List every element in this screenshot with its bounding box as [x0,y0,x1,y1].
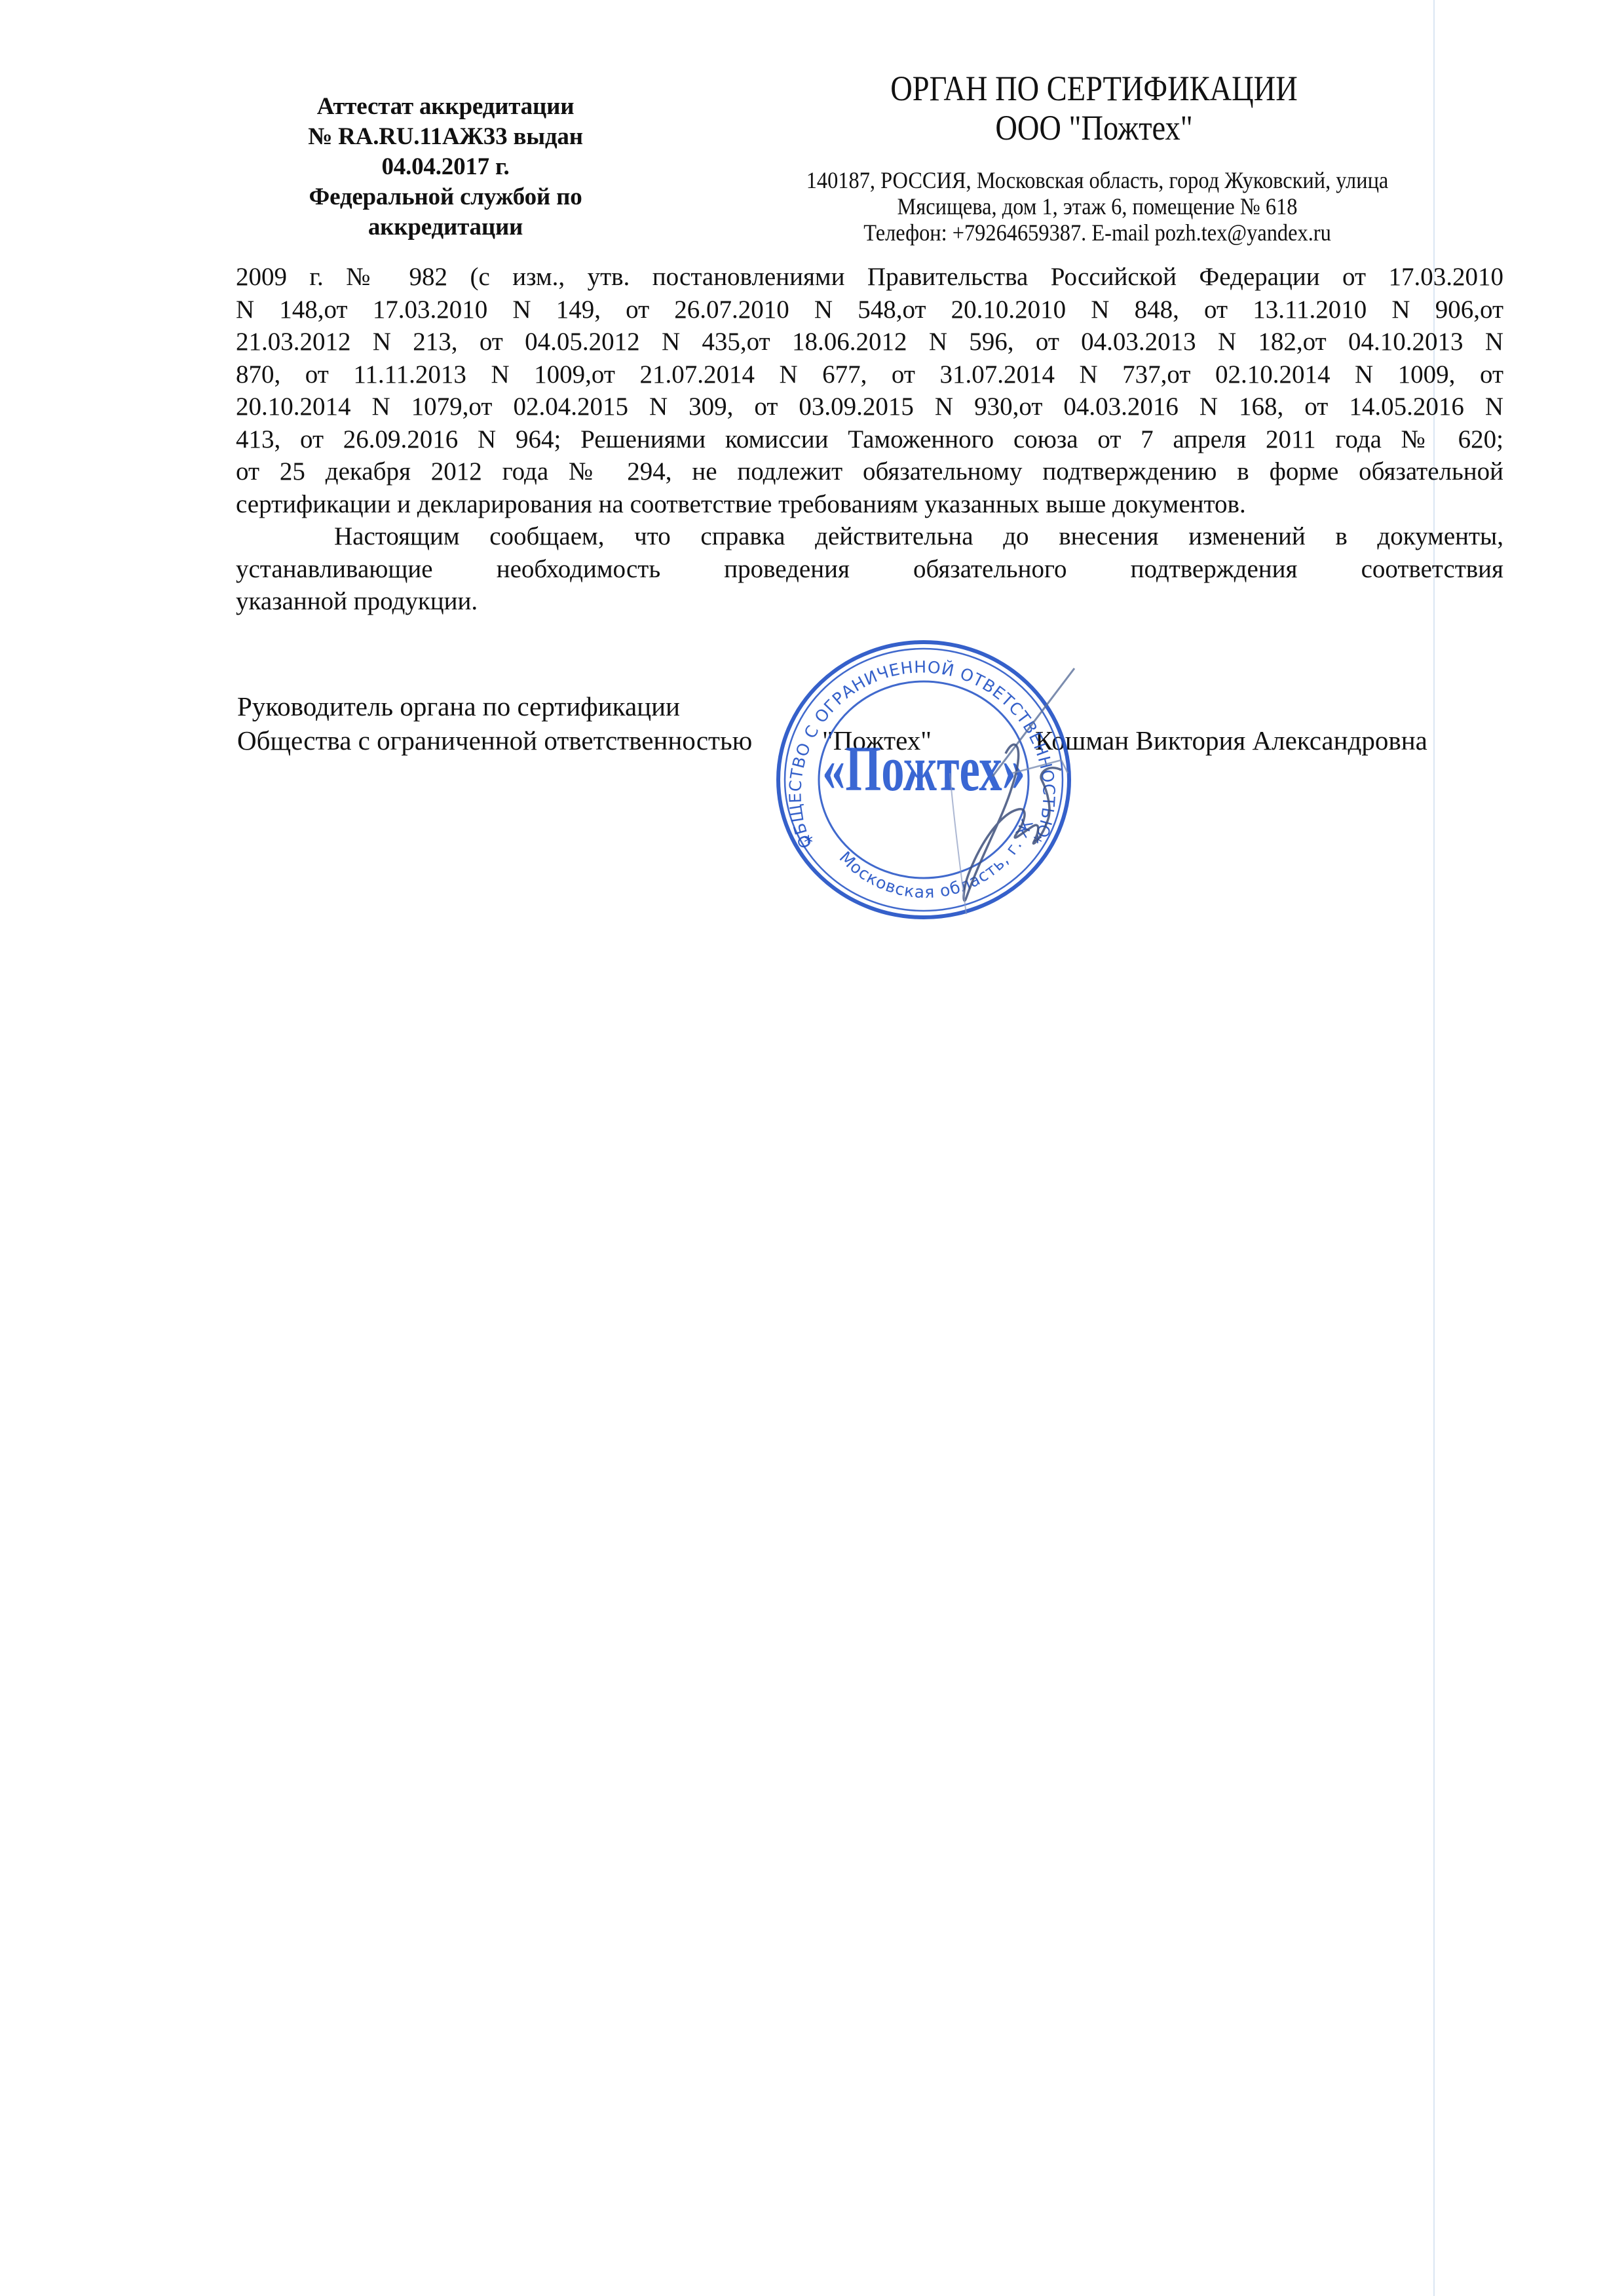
organization-address: 140187, РОССИЯ, Московская область, горо… [729,167,1466,246]
body-line: 413, от 26.09.2016 N 964; Решениями коми… [236,423,1503,456]
stamp-star-left: * [804,832,813,853]
signatory-position: Руководитель органа по сертификации Обще… [237,689,752,757]
address-line2: Мясищева, дом 1, этаж 6, помещение № 618 [729,193,1466,220]
body-line: сертификации и декларирования на соответ… [236,488,1503,521]
org-title-line2: ООО "Пожтех" [756,108,1432,147]
body-line: 21.03.2012 N 213, от 04.05.2012 N 435,от… [236,326,1503,358]
body-line: 870, от 11.11.2013 N 1009,от 21.07.2014 … [236,358,1503,391]
body-line: N 148,от 17.03.2010 N 149, от 26.07.2010… [236,294,1503,326]
body-line: от 25 декабря 2012 года № 294, не подлеж… [236,455,1503,488]
accreditation-line: аккредитации [262,212,629,242]
body-line: указанной продукции. [236,585,1503,618]
body-line: 2009 г. № 982 (с изм., утв. постановлени… [236,261,1503,294]
accreditation-line: 04.04.2017 г. [262,152,629,182]
accreditation-line: Федеральной службой по [262,182,629,212]
handwritten-signature-icon [852,655,1153,930]
body-line: Настоящим сообщаем, что справка действит… [236,520,1503,553]
organization-title: ОРГАН ПО СЕРТИФИКАЦИИ ООО "Пожтех" [756,69,1432,147]
org-title-line1: ОРГАН ПО СЕРТИФИКАЦИИ [756,69,1432,108]
accreditation-line: № RA.RU.11АЖ33 выдан [262,122,629,152]
document-body: 2009 г. № 982 (с изм., утв. постановлени… [236,261,1503,618]
contact-line: Телефон: +79264659387. E-mail pozh.tex@y… [729,220,1466,246]
position-line2: Общества с ограниченной ответственностью [237,723,752,757]
body-line: 20.10.2014 N 1079,от 02.04.2015 N 309, о… [236,391,1503,423]
accreditation-line: Аттестат аккредитации [262,92,629,122]
body-line: устанавливающие необходимость проведения… [236,553,1503,586]
position-line1: Руководитель органа по сертификации [237,689,752,723]
address-line1: 140187, РОССИЯ, Московская область, горо… [729,167,1466,193]
accreditation-block: Аттестат аккредитации № RA.RU.11АЖ33 выд… [262,92,629,242]
